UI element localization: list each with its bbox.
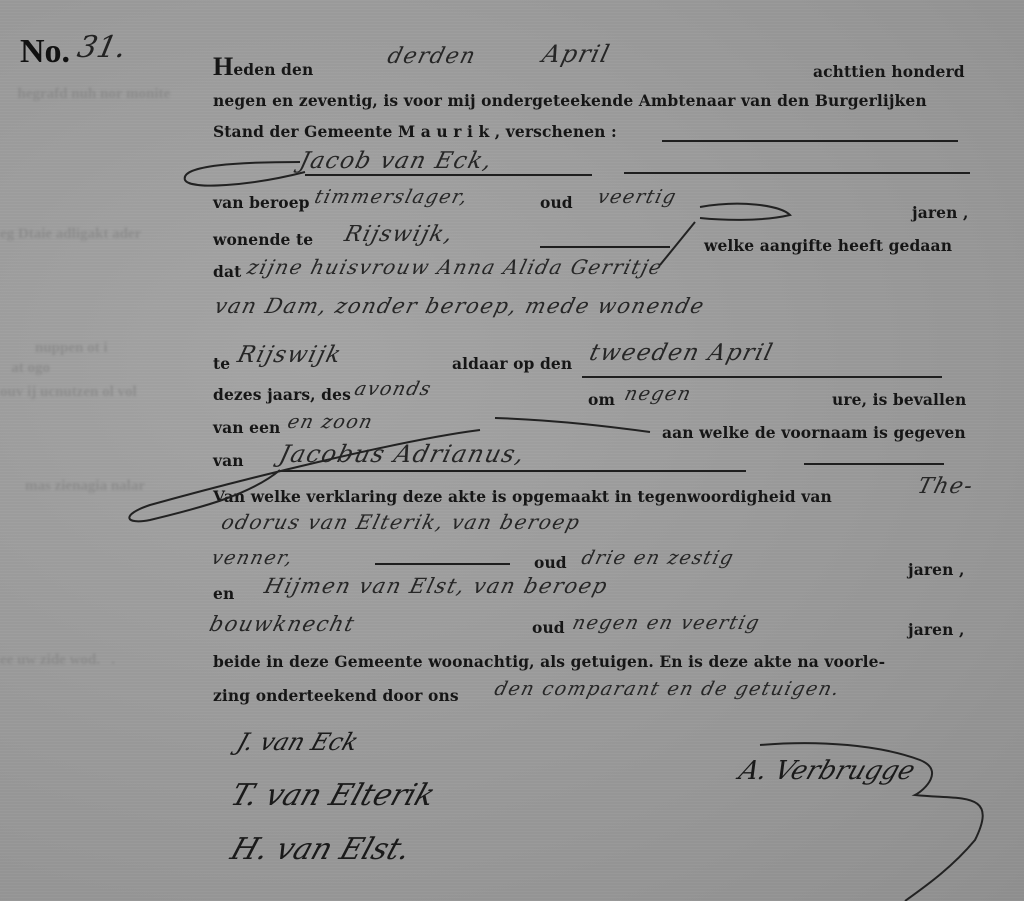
printed-om: om [588,390,615,409]
printed-en: en [213,584,234,603]
printed-line-2: negen en zeventig, is voor mij ondergete… [213,91,927,110]
bleed-through-text: nuppen ot i [20,340,108,357]
hw-date-month: April [540,40,614,68]
bleed-through-text: mas zienagia nalar [25,478,145,495]
fill-line [662,140,958,142]
underline [278,470,746,472]
hw-declarant-occupation: timmerslager, [312,186,471,208]
certificate-number-value: 31. [74,30,129,65]
printed-van-een: van een [213,418,280,437]
fill-line [624,172,970,174]
hw-declarant-residence: Rijswijk, [342,222,456,247]
printed-van-beroep: van beroep [213,193,310,212]
printed-aangifte: welke aangifte heeft gedaan [704,236,952,255]
hw-birth-date: tweeden April [587,340,777,366]
hw-witness1-age: drie en zestig [579,547,737,569]
printed-te: te [213,354,230,373]
printed-jaren: jaren , [912,203,968,222]
printed-voornaam: aan welke de voornaam is gegeven [662,423,966,442]
hw-wife-line-2: van Dam, zonder beroep, mede wonende [212,294,708,318]
printed-oud: oud [532,618,565,637]
hw-signers-clause: den comparant en de getuigen. [492,678,843,700]
hw-witness1-part2: odorus van Elterik, van beroep [219,510,583,534]
printed-aldaar: aldaar op den [452,354,572,373]
printed-line-19: zing onderteekend door ons [213,686,459,705]
fill-line [540,246,670,248]
signature-declarant: J. van Eck [233,728,362,756]
signature-witness-1: T. van Elterik [226,778,439,813]
hw-hour: negen [622,383,694,405]
printed-line-18: beide in deze Gemeente woonachtig, als g… [213,652,885,671]
hw-witness1-part1: The- [915,474,977,499]
printed-line-3: Stand der Gemeente M a u r i k , versche… [213,122,617,141]
hw-child-sex: en zoon [285,411,376,433]
fill-line [804,463,944,465]
bleed-through-text: hegrafd nuh nor monite [10,86,170,103]
printed-heden: Heden den [213,52,313,82]
hw-child-name: Jacobus Adrianus, [277,440,529,468]
bleed-through-text: eg Dtaie adligakt ader [0,226,141,243]
signature-registrar: A. Verbrugge [735,756,919,786]
hw-declarant-age: veertig [595,186,679,208]
printed-jaren: jaren , [908,560,964,579]
printed-dezes-jaars: dezes jaars, des [213,385,351,404]
hw-witness1-occupation: venner, [209,547,296,569]
printed-ure-bevallen: ure, is bevallen [832,390,966,409]
printed-line-13: Van welke verklaring deze akte is opgema… [213,487,832,506]
hw-declarant-name: Jacob van Eck, [297,148,496,174]
printed-oud: oud [534,553,567,572]
hw-witness2-age: negen en veertig [570,612,762,634]
printed-dat: dat [213,262,241,281]
printed-year-start: achttien honderd [813,62,965,81]
printed-wonende-te: wonende te [213,230,313,249]
printed-jaren: jaren , [908,620,964,639]
hw-witness2-name: Hijmen van Elst, van beroep [262,574,611,598]
hw-date-day: derden [385,44,479,69]
hw-time-of-day: avonds [352,378,434,400]
printed-oud: oud [540,193,573,212]
signature-witness-2: H. van Elst. [226,832,415,867]
bleed-through-text: at ogo [0,360,50,377]
bleed-through-text: ouv ij ucnutzen ol vol [0,384,137,401]
fill-line [375,563,510,565]
hw-wife-line-1: zijne huisvrouw Anna Alida Gerritje [245,255,666,279]
underline [305,174,592,176]
hw-birth-place: Rijswijk [235,342,345,368]
hw-witness2-occupation: bouwknecht [207,612,358,636]
bleed-through-text: ee uw zide wod. . [0,652,115,669]
printed-van: van [213,451,244,470]
certificate-number-label: No. [20,33,70,71]
underline [582,376,942,378]
